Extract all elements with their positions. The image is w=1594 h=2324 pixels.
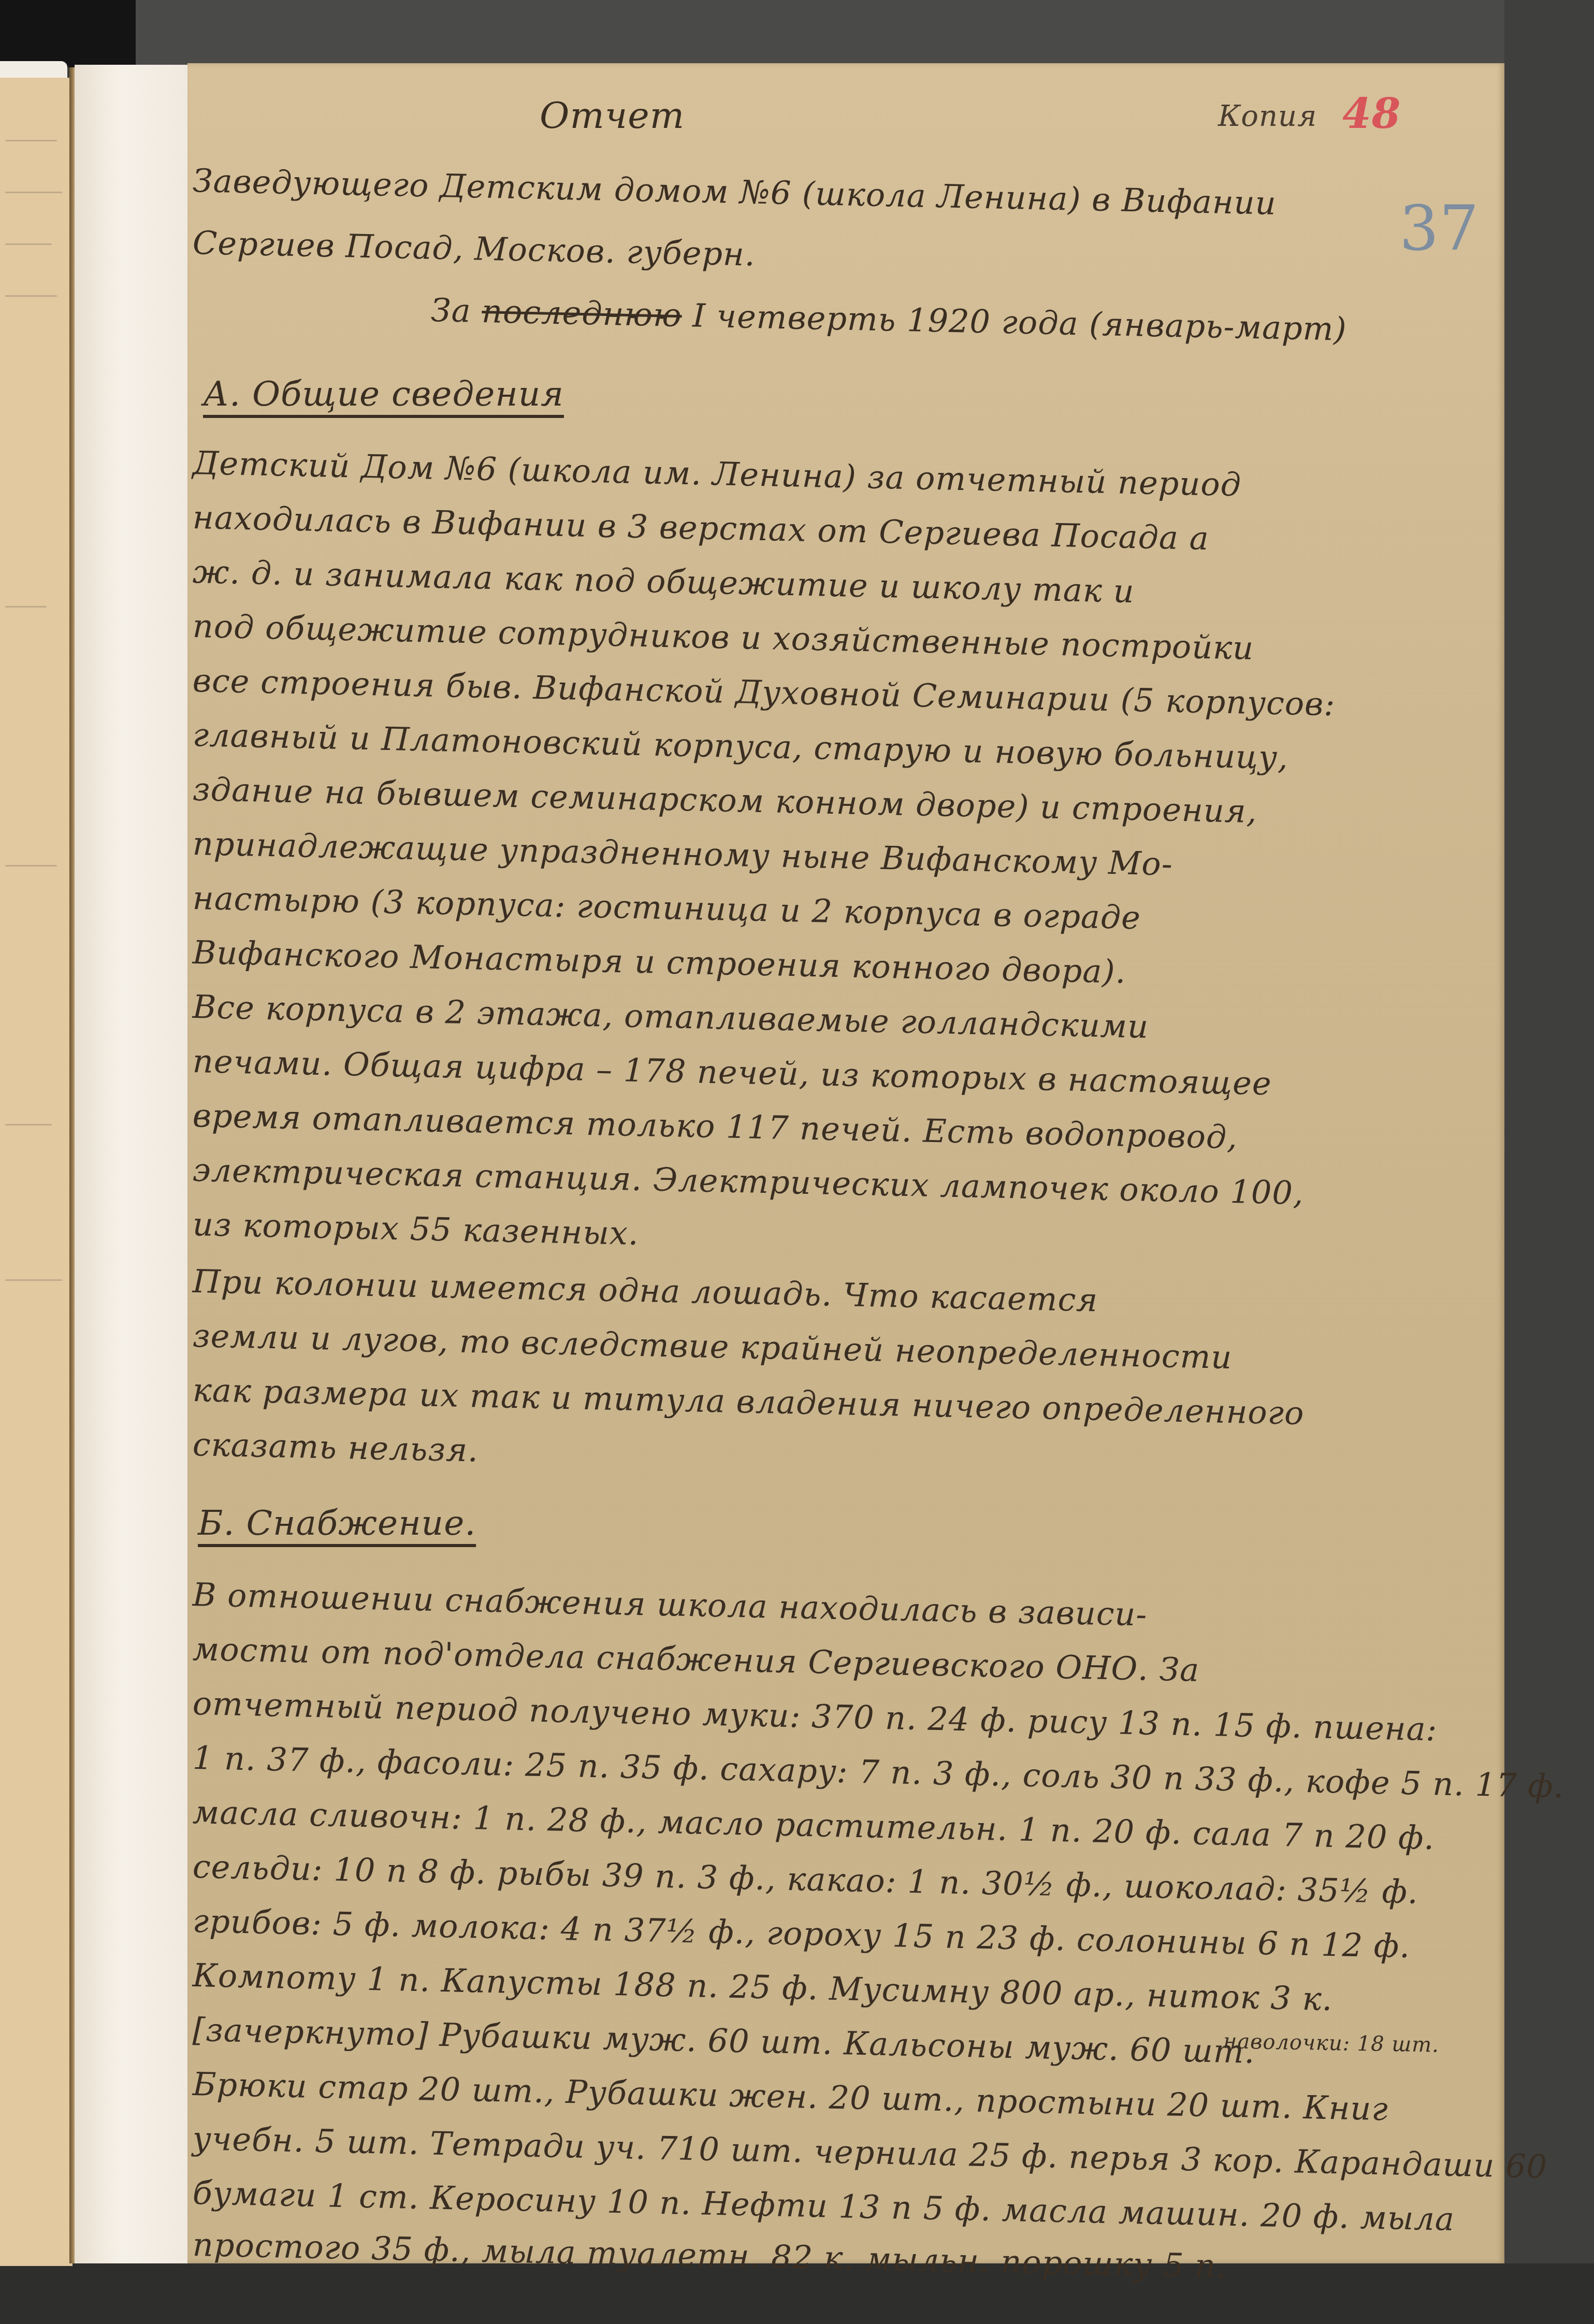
bleed-through-line bbox=[5, 295, 57, 297]
text-line: 1 п. 37 ф., фасоли: 25 п. 35 ф. сахару: … bbox=[192, 1739, 1564, 1805]
subtitle-line: Сергиев Посад, Москов. губерн. bbox=[192, 224, 756, 273]
scan-background-right bbox=[1504, 0, 1594, 2324]
text-line: здание на бывшем семинарском конном двор… bbox=[192, 770, 1257, 830]
text-line: грибов: 5 ф. молока: 4 п 37½ ф., гороху … bbox=[192, 1902, 1411, 1965]
subtitle-line: Заведующего Детским домом №6 (школа Лени… bbox=[192, 162, 1277, 222]
section-b-heading: Б. Снабжение. bbox=[198, 1503, 476, 1543]
blue-sheet-number: 37 bbox=[1399, 193, 1480, 265]
text-line: ж. д. и занимала как под общежитие и шко… bbox=[192, 553, 1135, 610]
text-line: бумаги 1 ст. Керосину 10 п. Нефти 13 п 5… bbox=[192, 2174, 1455, 2238]
text-line: под общежитие сотрудников и хозяйственны… bbox=[192, 607, 1254, 667]
text-line: принадлежащие упраздненному ныне Вифанск… bbox=[192, 825, 1173, 883]
scan-background-dark bbox=[0, 0, 136, 67]
struck-word: последнюю bbox=[482, 292, 683, 334]
text-line: земли и лугов, то вследствие крайней нео… bbox=[192, 1317, 1233, 1376]
text-line: Брюки стар 20 шт., Рубашки жен. 20 шт., … bbox=[192, 2065, 1388, 2128]
text-line: сельди: 10 п 8 ф. рыбы 39 п. 3 ф., какао… bbox=[192, 1847, 1418, 1911]
scan-background bbox=[136, 0, 1594, 70]
text-line: В отношении снабжения школа находилась в… bbox=[192, 1576, 1148, 1634]
text-line: Вифанского Монастыря и строения конного … bbox=[192, 933, 1126, 991]
text-line: находилась в Вифании в 3 верстах от Серг… bbox=[192, 498, 1209, 557]
text-line: как размера их так и титула владения нич… bbox=[192, 1371, 1305, 1432]
text-line: отчетный период получено муки: 370 п. 24… bbox=[192, 1684, 1438, 1748]
text-line: масла сливочн: 1 п. 28 ф., масло растите… bbox=[192, 1793, 1435, 1857]
binding-paper-strip bbox=[75, 65, 190, 2263]
section-a-heading: А. Общие сведения bbox=[203, 374, 564, 414]
red-sheet-number: 48 bbox=[1342, 89, 1401, 138]
document-page: Копия 48 37 Отчет Заведующего Детским до… bbox=[187, 63, 1504, 2263]
bleed-through-line bbox=[5, 1279, 62, 1281]
text-line: из которых 55 казенных. bbox=[192, 1205, 639, 1252]
text-line: настырю (3 корпуса: гостиница и 2 корпус… bbox=[192, 879, 1141, 936]
text-line: сказать нельзя. bbox=[192, 1425, 479, 1469]
binding-gutter bbox=[69, 67, 75, 2263]
bleed-through-line bbox=[5, 606, 47, 608]
text-line: учебн. 5 шт. Тетради уч. 710 шт. чернила… bbox=[192, 2119, 1548, 2186]
bleed-through-line bbox=[5, 192, 62, 193]
copy-mark: Копия bbox=[1218, 99, 1317, 133]
bleed-through-line bbox=[5, 140, 57, 141]
text-line: [зачеркнуто] Рубашки муж. 60 шт. Кальсон… bbox=[192, 2011, 1255, 2071]
text-line: мости от под'отдела снабжения Сергиевско… bbox=[192, 1630, 1200, 1689]
text-line: Компоту 1 п. Капусты 188 п. 25 ф. Мусимн… bbox=[192, 1956, 1333, 2018]
document-title: Отчет bbox=[540, 94, 685, 137]
text-line: При колонии имеется одна лошадь. Что кас… bbox=[192, 1262, 1098, 1319]
text-line: все строения быв. Вифанской Духовной Сем… bbox=[192, 661, 1336, 723]
bleed-through-line bbox=[5, 243, 52, 245]
report-period: За последнюю I четверть 1920 года (январ… bbox=[430, 291, 1347, 348]
text-line: главный и Платоновский корпуса, старую и… bbox=[192, 716, 1288, 776]
period-text: I четверть 1920 года (январь-март) bbox=[692, 297, 1347, 348]
period-prefix: За bbox=[430, 291, 471, 330]
text-line: Все корпуса в 2 этажа, отапливаемые голл… bbox=[192, 988, 1149, 1046]
text-line: Детский Дом №6 (школа им. Ленина) за отч… bbox=[192, 444, 1242, 503]
bleed-through-line bbox=[5, 865, 57, 867]
text-line: время отапливается только 117 печей. Ест… bbox=[192, 1096, 1238, 1156]
left-page-top-edge bbox=[0, 61, 67, 80]
margin-insert: наволочки: 18 шт. bbox=[1223, 2029, 1440, 2057]
text-line: печами. Общая цифра – 178 печей, из кото… bbox=[192, 1042, 1272, 1103]
bleed-through-line bbox=[5, 1124, 52, 1125]
previous-page-edge bbox=[0, 78, 73, 2266]
text-line: электрическая станция. Электрических лам… bbox=[192, 1151, 1304, 1212]
